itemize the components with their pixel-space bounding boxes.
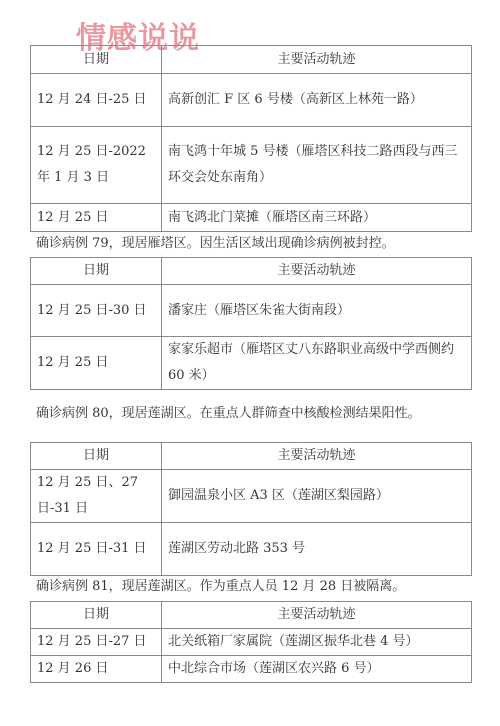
trajectory-table-2: 日期 主要活动轨迹 12 月 25 日-30 日 潘家庄（雁塔区朱雀大街南段） …	[30, 257, 472, 390]
column-header-date: 日期	[31, 258, 162, 285]
track-cell: 御园温泉小区 A3 区（莲湖区梨园路）	[162, 470, 472, 523]
track-cell: 家家乐超市（雁塔区丈八东路职业高级中学西侧约 60 米）	[162, 337, 472, 390]
date-cell: 12 月 25 日	[31, 337, 162, 390]
table-row: 12 月 24 日-25 日 高新创汇 F 区 6 号楼（高新区上林苑一路）	[31, 74, 472, 127]
column-header-date: 日期	[31, 443, 162, 470]
column-header-track: 主要活动轨迹	[162, 443, 472, 470]
column-header-date: 日期	[31, 602, 162, 629]
table-row: 12 月 25 日-2022 年 1 月 3 日 南飞鸿十年城 5 号楼（雁塔区…	[31, 127, 472, 204]
date-cell: 12 月 26 日	[31, 656, 162, 683]
track-cell: 潘家庄（雁塔区朱雀大街南段）	[162, 285, 472, 337]
column-header-track: 主要活动轨迹	[162, 258, 472, 285]
date-cell: 12 月 25 日-30 日	[31, 285, 162, 337]
trajectory-table-1: 日期 主要活动轨迹 12 月 24 日-25 日 高新创汇 F 区 6 号楼（高…	[30, 45, 472, 232]
date-cell: 12 月 25 日-2022 年 1 月 3 日	[31, 127, 162, 204]
date-cell: 12 月 25 日	[31, 204, 162, 232]
track-cell: 北关纸箱厂家属院（莲湖区振华北巷 4 号）	[162, 629, 472, 656]
track-cell: 莲湖区劳动北路 353 号	[162, 523, 472, 576]
table-row: 12 月 25 日-30 日 潘家庄（雁塔区朱雀大街南段）	[31, 285, 472, 337]
date-cell: 12 月 24 日-25 日	[31, 74, 162, 127]
date-cell: 12 月 25 日、27 日-31 日	[31, 470, 162, 523]
table-row: 12 月 25 日-31 日 莲湖区劳动北路 353 号	[31, 523, 472, 576]
table-row: 12 月 26 日 中北综合市场（莲湖区农兴路 6 号）	[31, 656, 472, 683]
case-note-80: 确诊病例 80，现居莲湖区。在重点人群筛查中核酸检测结果阳性。	[36, 405, 421, 423]
track-cell: 南飞鸿北门菜摊（雁塔区南三环路）	[162, 204, 472, 232]
watermark: 情感说说	[76, 22, 200, 56]
table-row: 12 月 25 日 家家乐超市（雁塔区丈八东路职业高级中学西侧约 60 米）	[31, 337, 472, 390]
track-cell: 高新创汇 F 区 6 号楼（高新区上林苑一路）	[162, 74, 472, 127]
table-row: 12 月 25 日、27 日-31 日 御园温泉小区 A3 区（莲湖区梨园路）	[31, 470, 472, 523]
date-cell: 12 月 25 日-27 日	[31, 629, 162, 656]
trajectory-table-3: 日期 主要活动轨迹 12 月 25 日、27 日-31 日 御园温泉小区 A3 …	[30, 442, 472, 576]
case-note-79: 确诊病例 79，现居雁塔区。因生活区域出现确诊病例被封控。	[36, 235, 395, 253]
trajectory-table-4: 日期 主要活动轨迹 12 月 25 日-27 日 北关纸箱厂家属院（莲湖区振华北…	[30, 601, 472, 683]
column-header-track: 主要活动轨迹	[162, 602, 472, 629]
column-header-track: 主要活动轨迹	[162, 46, 472, 74]
track-cell: 南飞鸿十年城 5 号楼（雁塔区科技二路西段与西三环交会处东南角）	[162, 127, 472, 204]
track-cell: 中北综合市场（莲湖区农兴路 6 号）	[162, 656, 472, 683]
case-note-81: 确诊病例 81，现居莲湖区。作为重点人员 12 月 28 日被隔离。	[36, 578, 405, 596]
table-row: 12 月 25 日-27 日 北关纸箱厂家属院（莲湖区振华北巷 4 号）	[31, 629, 472, 656]
date-cell: 12 月 25 日-31 日	[31, 523, 162, 576]
table-row: 12 月 25 日 南飞鸿北门菜摊（雁塔区南三环路）	[31, 204, 472, 232]
